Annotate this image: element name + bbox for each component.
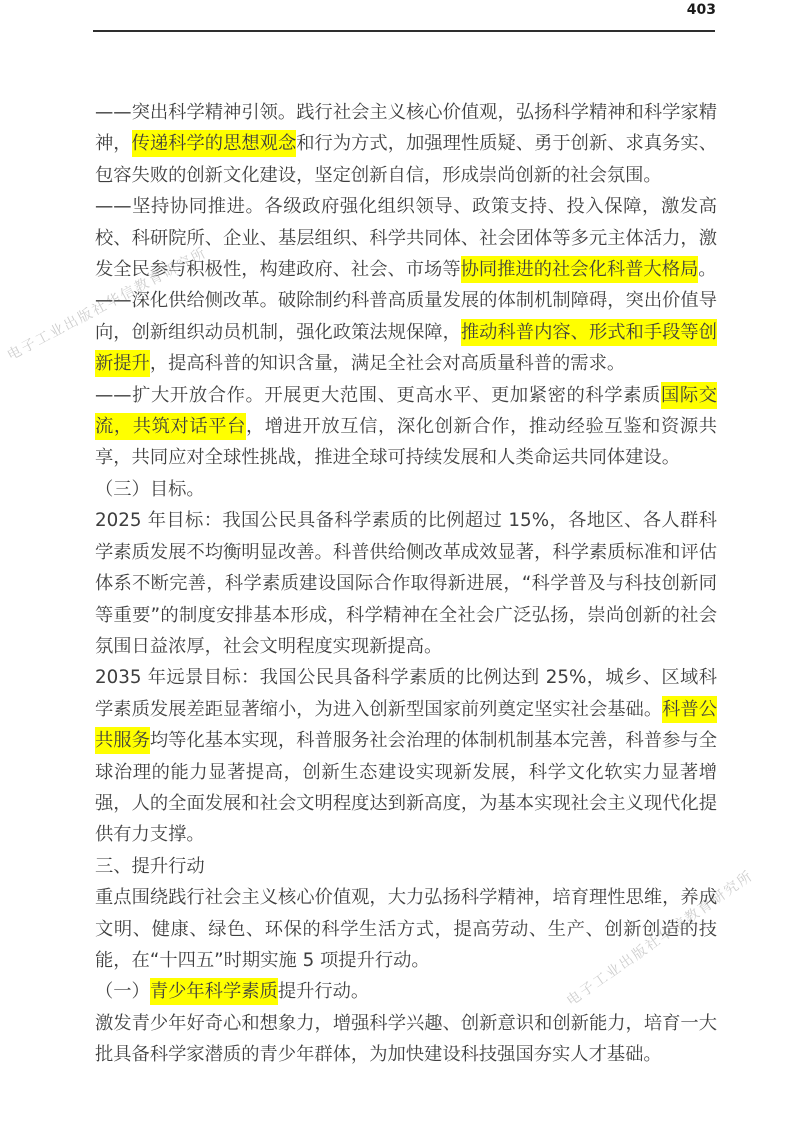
paragraph: ——扩大开放合作。开展更大范围、更高水平、更加紧密的科学素质国际交流，共筑对话平…: [95, 380, 717, 474]
paragraph: （一）青少年科学素质提升行动。: [95, 976, 717, 1007]
paragraph: ——坚持协同推进。各级政府强化组织领导、政策支持、投入保障，激发高校、科研院所、…: [95, 191, 717, 285]
text-segment: 2035 年远景目标：我国公民具备科学素质的比例达到 25%，城乡、区域科学素质…: [95, 667, 717, 719]
page-number: 403: [0, 2, 716, 18]
header-rule: [93, 30, 715, 32]
paragraph: ——深化供给侧改革。破除制约科普高质量发展的体制机制障碍，突出价值导向，创新组织…: [95, 285, 717, 379]
highlighted-text: 青少年科学素质: [150, 978, 278, 1005]
paragraph: 激发青少年好奇心和想象力，增强科学兴趣、创新意识和创新能力，培育一大批具备科学家…: [95, 1008, 717, 1071]
paragraph: 2025 年目标：我国公民具备科学素质的比例超过 15%，各地区、各人群科学素质…: [95, 505, 717, 662]
text-segment: （三）目标。: [95, 479, 205, 500]
paragraph: ——突出科学精神引领。践行社会主义核心价值观，弘扬科学精神和科学家精神，传递科学…: [95, 97, 717, 191]
paragraph: 2035 年远景目标：我国公民具备科学素质的比例达到 25%，城乡、区域科学素质…: [95, 662, 717, 850]
text-segment: （一）: [95, 981, 150, 1002]
document-page: 403 电子工业出版社华信教育研究所 电子工业出版社华信教育研究所 ——突出科学…: [0, 0, 793, 1122]
highlighted-text: 协同推进的社会化科普大格局: [461, 256, 699, 283]
paragraph: （三）目标。: [95, 474, 717, 505]
text-segment: ，提高科普的知识含量，满足全社会对高质量科普的需求。: [150, 353, 625, 374]
paragraph: 三、提升行动: [95, 851, 717, 882]
text-segment: 2025 年目标：我国公民具备科学素质的比例超过 15%，各地区、各人群科学素质…: [95, 510, 717, 657]
text-segment: ——扩大开放合作。开展更大范围、更高水平、更加紧密的科学素质: [95, 385, 661, 406]
document-body: ——突出科学精神引领。践行社会主义核心价值观，弘扬科学精神和科学家精神，传递科学…: [95, 97, 717, 1071]
text-segment: 提升行动。: [278, 981, 369, 1002]
text-segment: 重点围绕践行社会主义核心价值观，大力弘扬科学精神，培育理性思维，养成文明、健康、…: [95, 887, 717, 971]
paragraph: 重点围绕践行社会主义核心价值观，大力弘扬科学精神，培育理性思维，养成文明、健康、…: [95, 882, 717, 976]
text-segment: 三、提升行动: [95, 856, 205, 877]
text-segment: 激发青少年好奇心和想象力，增强科学兴趣、创新意识和创新能力，培育一大批具备科学家…: [95, 1013, 717, 1065]
text-segment: 。: [698, 259, 716, 280]
highlighted-text: 传递科学的思想观念: [132, 130, 297, 157]
text-segment: 均等化基本实现，科普服务社会治理的体制机制基本完善，科普参与全球治理的能力显著提…: [95, 730, 717, 845]
